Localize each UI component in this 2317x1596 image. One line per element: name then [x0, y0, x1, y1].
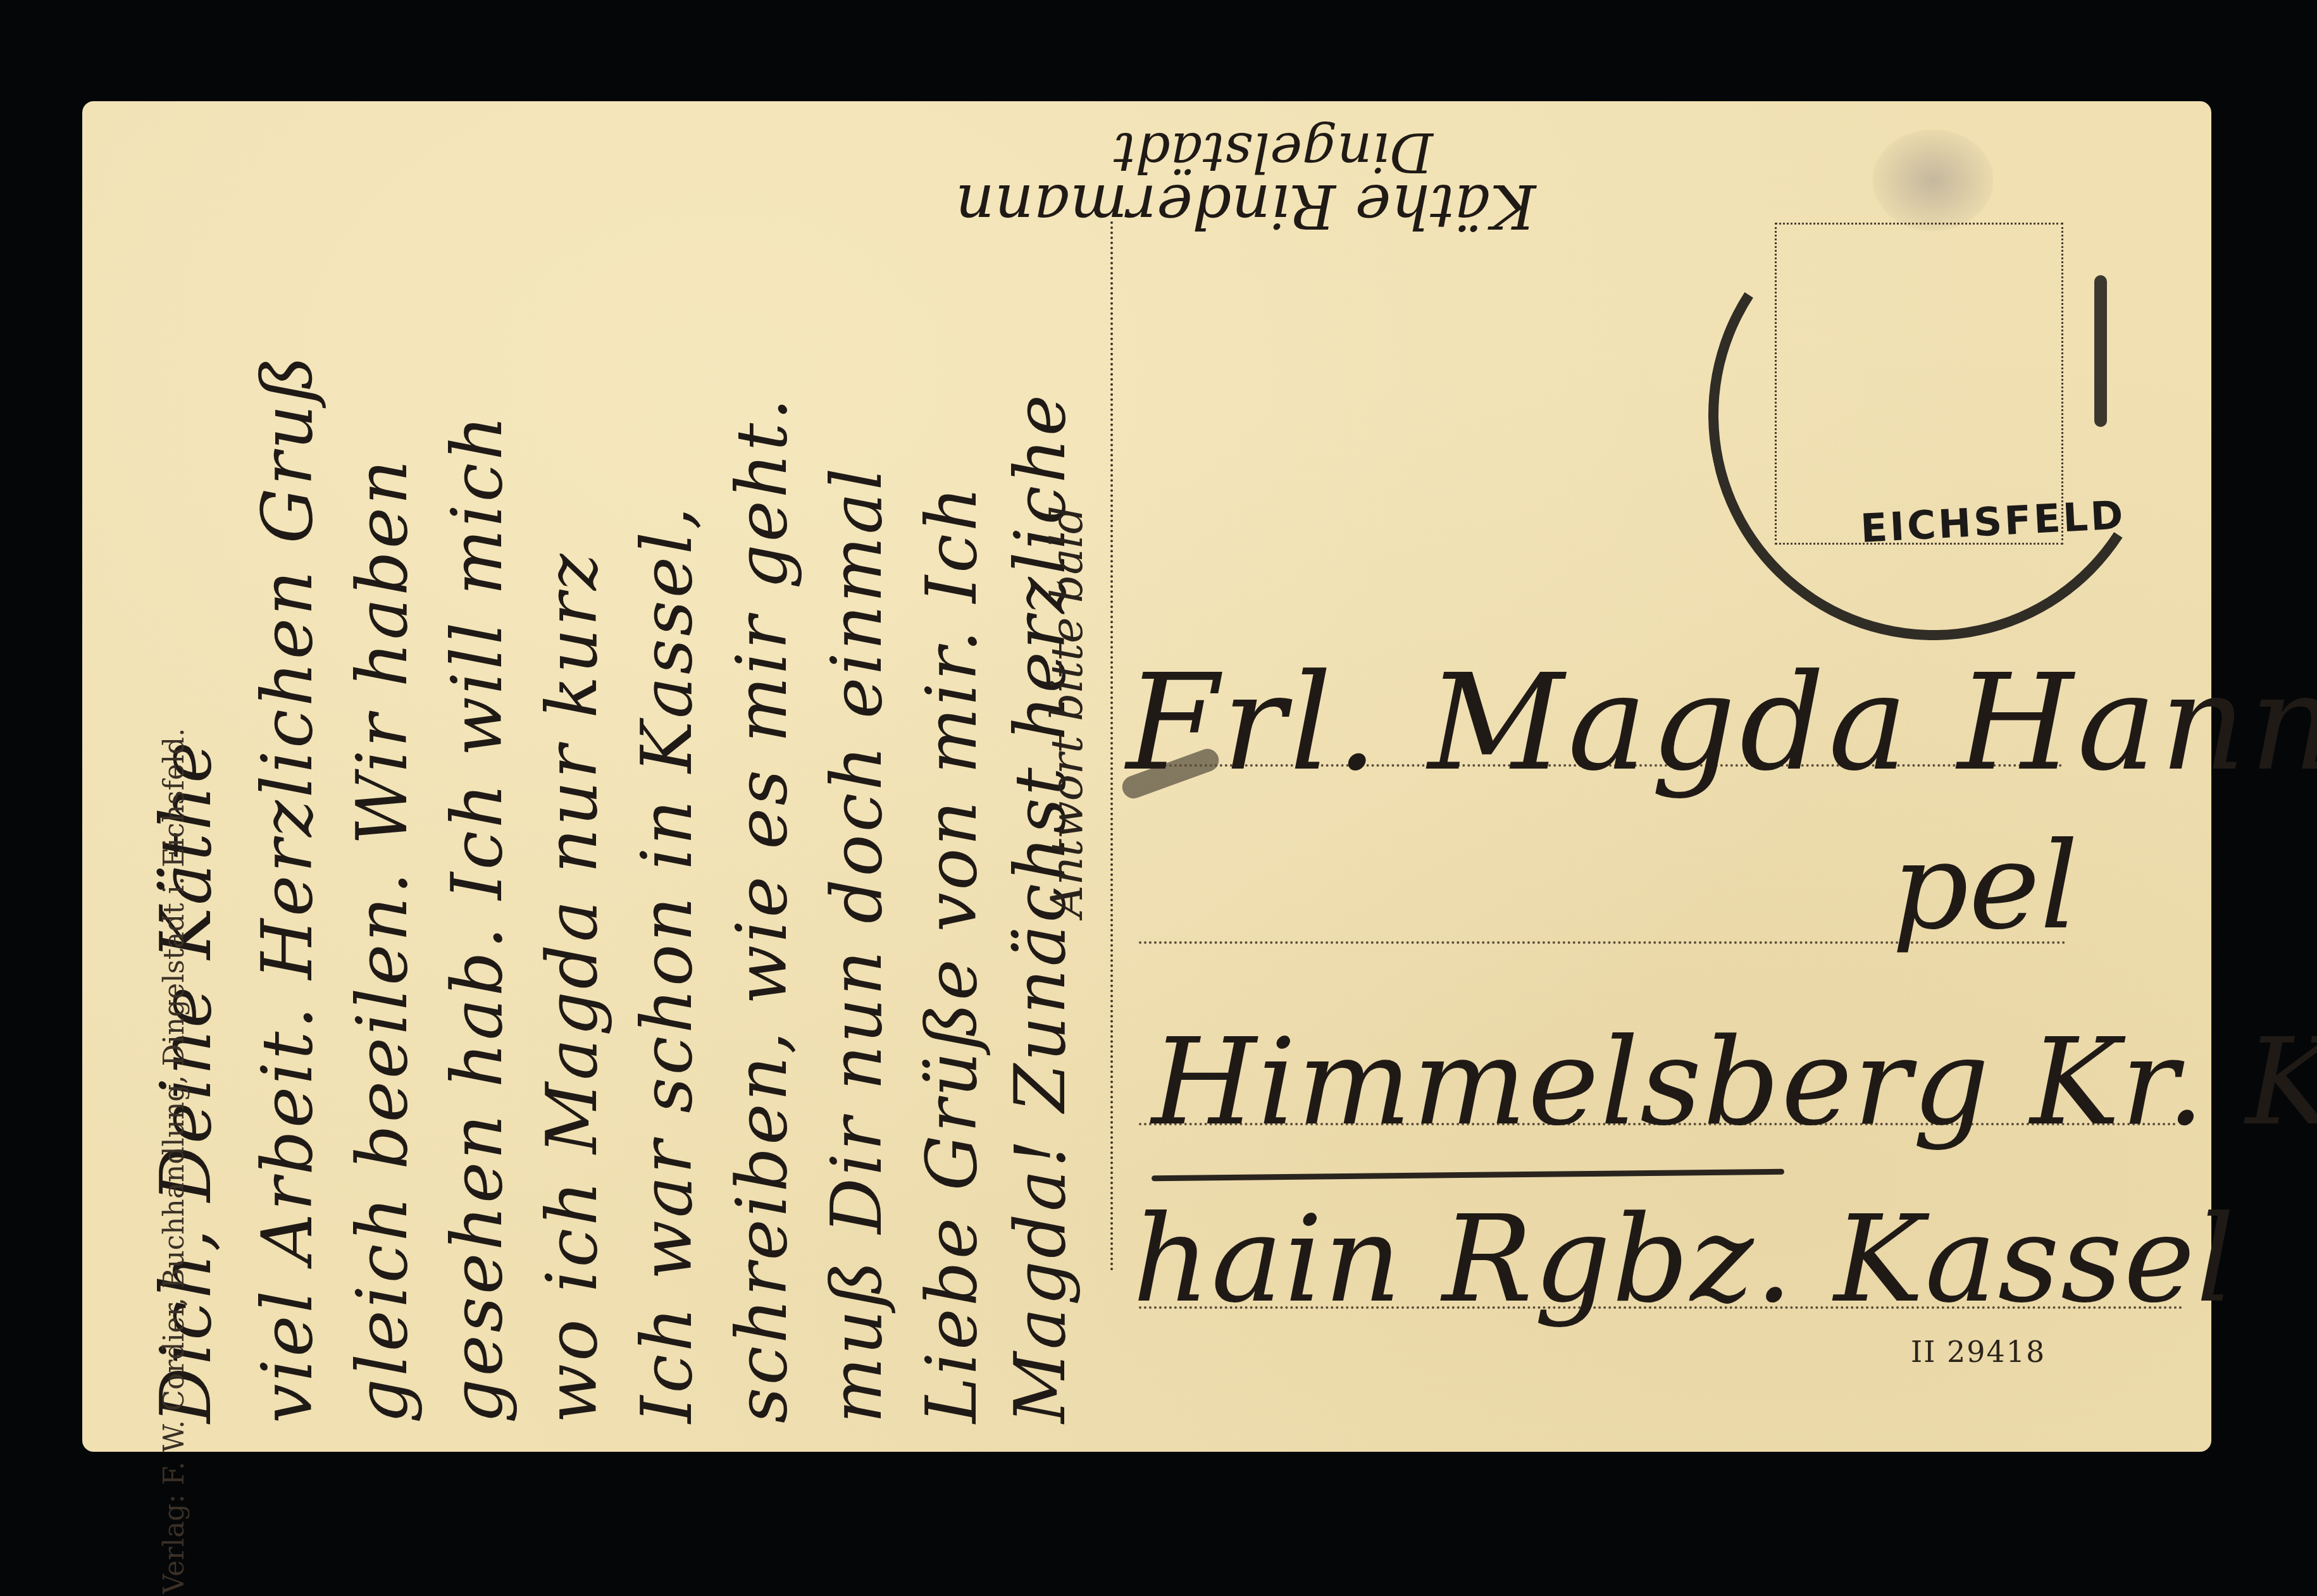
message-line: gleich beeilen. Wir haben	[342, 457, 423, 1423]
serial-number: II 29418	[1911, 1335, 2046, 1369]
divider-line	[1110, 221, 1113, 1271]
message-line: Ich war schon in Kassel,	[626, 505, 707, 1423]
postmark-circle	[1667, 148, 2201, 682]
recipient-name: Frl. Magda Hannap-	[1126, 645, 2317, 800]
recipient-name-continued: pel	[1892, 816, 2078, 956]
message-line: gesehen hab. Ich will mich	[437, 413, 518, 1423]
margin-note: Antwort bitte bald	[1041, 505, 1093, 917]
message-line: Liebe Grüße von mir. Ich	[911, 484, 992, 1423]
town-underline	[1152, 1169, 1784, 1181]
message-line: viel Arbeit. Herzlichen Gruß	[247, 354, 328, 1423]
message-line: schreiben, wie es mir geht.	[721, 395, 802, 1423]
publisher-imprint: Verlag: F. W. Cordier, Buchhandlung, Din…	[158, 728, 190, 1594]
recipient-town: Himmelsberg Kr. Kirch-	[1152, 1012, 2317, 1152]
sender-place: Dingelstädt	[1114, 120, 1433, 183]
recipient-region: hain Rgbz. Kassel	[1133, 1189, 2236, 1329]
postmark-arc	[2094, 275, 2107, 427]
postcard: Dich, Deine Käthe viel Arbeit. Herzliche…	[82, 101, 2211, 1452]
message-line: wo ich Magda nur kurz	[531, 551, 612, 1423]
handwritten-message: Dich, Deine Käthe viel Arbeit. Herzliche…	[101, 120, 1088, 1436]
message-line: muß Dir nun doch einmal	[816, 466, 897, 1423]
